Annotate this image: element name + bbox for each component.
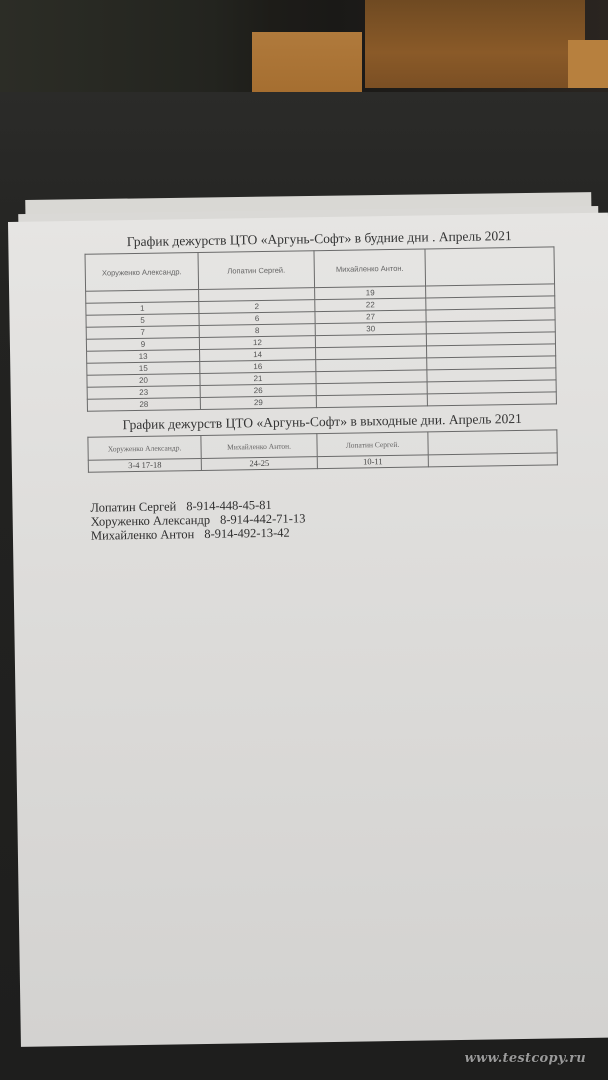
table-cell: 3-4 17-18 bbox=[88, 458, 201, 472]
document-content: График дежурств ЦТО «Аргунь-Софт» в будн… bbox=[84, 227, 569, 543]
header-cell: Лопатин Сергей. bbox=[198, 251, 315, 290]
table-cell: 28 bbox=[87, 398, 200, 412]
cardboard-box-front bbox=[252, 32, 362, 94]
watermark: www.testcopy.ru bbox=[465, 1051, 586, 1066]
table-cell bbox=[316, 394, 427, 408]
header-cell bbox=[425, 247, 555, 286]
table-cell: 29 bbox=[200, 396, 316, 410]
weekday-schedule-table: Хоруженко Александр. Лопатин Сергей. Мих… bbox=[85, 246, 557, 411]
contact-phone: 8-914-442-71-13 bbox=[220, 511, 306, 526]
header-cell: Хоруженко Александр. bbox=[85, 253, 199, 292]
table-cell bbox=[428, 453, 557, 467]
header-cell: Михайленко Антон. bbox=[314, 249, 426, 288]
contact-phone: 8-914-492-13-42 bbox=[204, 526, 290, 541]
header-cell: Лопатин Сергей. bbox=[317, 432, 428, 457]
cardboard-box-edge bbox=[568, 40, 608, 88]
contact-phone: 8-914-448-45-81 bbox=[186, 498, 272, 513]
weekend-schedule-table: Хоруженко Александр. Михайленко Антон. Л… bbox=[87, 429, 558, 472]
table-cell: 24-25 bbox=[201, 457, 317, 471]
contacts-list: Лопатин Сергей8-914-448-45-81Хоруженко А… bbox=[90, 493, 569, 543]
header-cell: Михайленко Антон. bbox=[201, 434, 317, 459]
contact-name: Михайленко Антон bbox=[91, 527, 195, 543]
contact-name: Лопатин Сергей bbox=[90, 499, 176, 514]
table-cell: 10-11 bbox=[317, 455, 428, 469]
table-cell bbox=[427, 392, 556, 406]
header-cell: Хоруженко Александр. bbox=[88, 435, 201, 460]
header-cell bbox=[428, 430, 557, 455]
paper-sheet: График дежурств ЦТО «Аргунь-Софт» в будн… bbox=[8, 213, 608, 1047]
cardboard-box bbox=[365, 0, 585, 88]
